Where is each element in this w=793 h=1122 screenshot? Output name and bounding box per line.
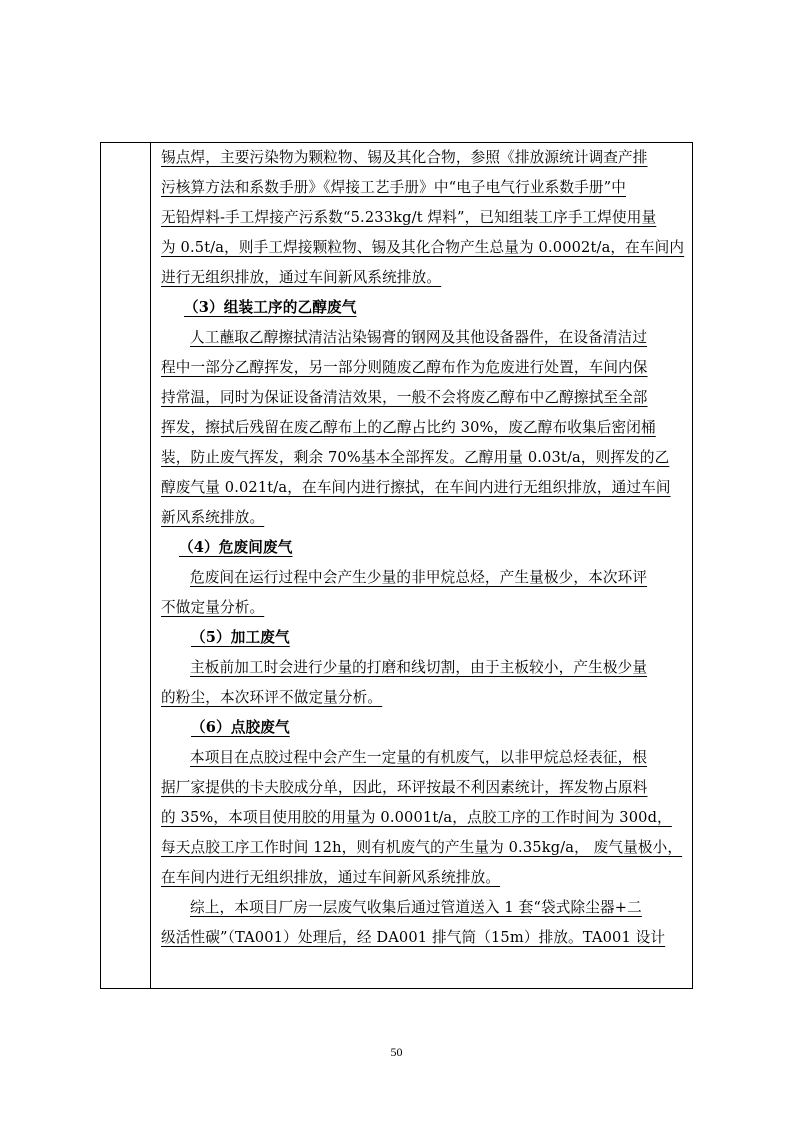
section-heading-3: （3）组装工序的乙醇废气 <box>161 293 689 323</box>
text-line: 人工蘸取乙醇擦拭清洁沾染锡膏的钢网及其他设备器件，在设备清洁过 <box>161 323 689 353</box>
table-content-cell: 锡点焊，主要污染物为颗粒物、锡及其化合物，参照《排放源统计调查产排 污核算方法和… <box>161 143 689 953</box>
page-number: 50 <box>0 1045 793 1060</box>
text-line: 危废间在运行过程中会产生少量的非甲烷总烃，产生量极少，本次环评 <box>161 563 689 593</box>
section-heading-4: （4）危废间废气 <box>161 533 689 563</box>
text-line: 级活性碳”（TA001）处理后，经 DA001 排气筒（15m）排放。TA001… <box>161 923 689 953</box>
text-line: 无铅焊料-手工焊接产污系数“5.233kg/t 焊料”，已知组装工序手工焊使用量 <box>161 203 689 233</box>
text-line: 挥发，擦拭后残留在废乙醇布上的乙醇占比约 30%，废乙醇布收集后密闭桶 <box>161 413 689 443</box>
text-line: 为 0.5t/a，则手工焊接颗粒物、锡及其化合物产生总量为 0.0002t/a，… <box>161 233 689 263</box>
text-line: 持常温，同时为保证设备清洁效果，一般不会将废乙醇布中乙醇擦拭至全部 <box>161 383 689 413</box>
text-line: 的 35%，本项目使用胶的用量为 0.0001t/a，点胶工序的工作时间为 30… <box>161 803 689 833</box>
text-line: 在车间内进行无组织排放，通过车间新风系统排放。 <box>161 863 689 893</box>
text-line: 进行无组织排放，通过车间新风系统排放。 <box>161 263 689 293</box>
text-line: 据厂家提供的卡夫胶成分单，因此，环评按最不利因素统计，挥发物占原料 <box>161 773 689 803</box>
section-heading-6: （6）点胶废气 <box>161 713 689 743</box>
text-line: 不做定量分析。 <box>161 593 689 623</box>
section-heading-5: （5）加工废气 <box>161 623 689 653</box>
content-table: 锡点焊，主要污染物为颗粒物、锡及其化合物，参照《排放源统计调查产排 污核算方法和… <box>100 142 693 989</box>
text-line: 每天点胶工序工作时间 12h，则有机废气的产生量为 0.35kg/a， 废气量极… <box>161 833 689 863</box>
text-line: 污核算方法和系数手册》《焊接工艺手册》中“电子电气行业系数手册”中 <box>161 173 689 203</box>
text-line: 本项目在点胶过程中会产生一定量的有机废气，以非甲烷总烃表征，根 <box>161 743 689 773</box>
text-line: 程中一部分乙醇挥发，另一部分则随废乙醇布作为危废进行处置，车间内保 <box>161 353 689 383</box>
text-line: 新风系统排放。 <box>161 503 689 533</box>
text-line: 主板前加工时会进行少量的打磨和线切割，由于主板较小，产生极少量 <box>161 653 689 683</box>
text-line: 装，防止废气挥发，剩余 70%基本全部挥发。乙醇用量 0.03t/a，则挥发的乙 <box>161 443 689 473</box>
text-line: 综上，本项目厂房一层废气收集后通过管道送入 1 套“袋式除尘器+二 <box>161 893 689 923</box>
text-line: 醇废气量 0.021t/a，在车间内进行擦拭，在车间内进行无组织排放，通过车间 <box>161 473 689 503</box>
table-left-column <box>101 143 151 988</box>
text-line: 锡点焊，主要污染物为颗粒物、锡及其化合物，参照《排放源统计调查产排 <box>161 143 689 173</box>
text-line: 的粉尘，本次环评不做定量分析。 <box>161 683 689 713</box>
